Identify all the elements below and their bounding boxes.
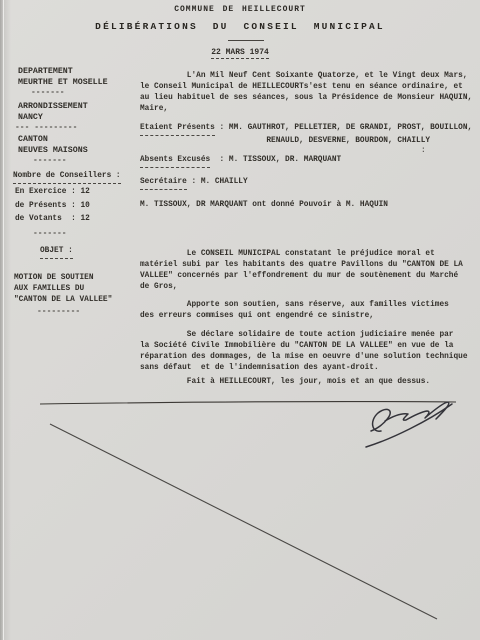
deliberation-paragraph-3: Se déclare solidaire de toute action jud… [140, 330, 470, 374]
mayor-signature-icon [366, 402, 452, 447]
document-title: DÉLIBÉRATIONS DU CONSEIL MUNICIPAL [0, 21, 480, 32]
scan-edge-shadow [0, 0, 11, 640]
conseillers-heading: Nombre de Conseillers : [13, 171, 121, 184]
absents-names: : M. TISSOUX, DR. MARQUANT [210, 156, 341, 164]
opening-paragraph: L'An Mil Neuf Cent Soixante Quatorze, et… [140, 71, 470, 115]
stray-typewriter-mark: : [421, 147, 426, 155]
session-date-text: 22 MARS 1974 [211, 48, 269, 59]
scan-edge-highlight [3, 0, 4, 640]
objet-heading: OBJET : [40, 246, 73, 259]
absents-label: Absents Excusés [140, 155, 210, 168]
scanned-deliberation-document: COMMUNE DE HEILLECOURT DÉLIBÉRATIONS DU … [0, 0, 480, 640]
present-label: Etaient Présents [140, 123, 215, 136]
commune-name: COMMUNE DE HEILLECOURT [0, 5, 480, 14]
divider-dashes: --- --------- [15, 123, 77, 132]
conseillers-counts: En Exercice : 12 de Présents : 10 de Vot… [15, 186, 90, 227]
deliberation-paragraph-1: Le CONSEIL MUNICIPAL constatant le préju… [140, 249, 470, 293]
session-date: 22 MARS 1974 [0, 48, 480, 59]
arrondissement-block: ARRONDISSEMENT NANCY [18, 101, 88, 123]
present-members-block: Etaient Présents : MM. GAUTHROT, PELLETI… [140, 123, 470, 147]
deliberation-paragraph-2: Apporte son soutien, sans réserve, aux f… [140, 300, 470, 322]
separator-rule [40, 402, 456, 404]
diagonal-strike-line [50, 424, 437, 619]
secretary-block: Secrétaire : M. CHAILLY [140, 177, 470, 190]
secretaire-name: : M. CHAILLY [187, 178, 248, 186]
title-rule [228, 40, 264, 41]
departement-block: DEPARTEMENT MEURTHE ET MOSELLE [18, 66, 108, 88]
divider-dashes: ------- [33, 229, 67, 238]
pouvoir-line: M. TISSOUX, DR MARQUANT ont donné Pouvoi… [140, 200, 470, 211]
divider-dashes: ------- [33, 156, 67, 165]
objet-text: MOTION DE SOUTIEN AUX FAMILLES DU "CANTO… [14, 273, 112, 306]
divider-dashes: --------- [37, 307, 80, 316]
closing-line: Fait à HEILLECOURT, les jour, mois et an… [140, 377, 470, 388]
secretaire-label: Secrétaire [140, 177, 187, 190]
canton-block: CANTON NEUVES MAISONS [18, 134, 88, 156]
absent-members-block: Absents Excusés : M. TISSOUX, DR. MARQUA… [140, 155, 470, 168]
divider-dashes: ------- [31, 88, 65, 97]
